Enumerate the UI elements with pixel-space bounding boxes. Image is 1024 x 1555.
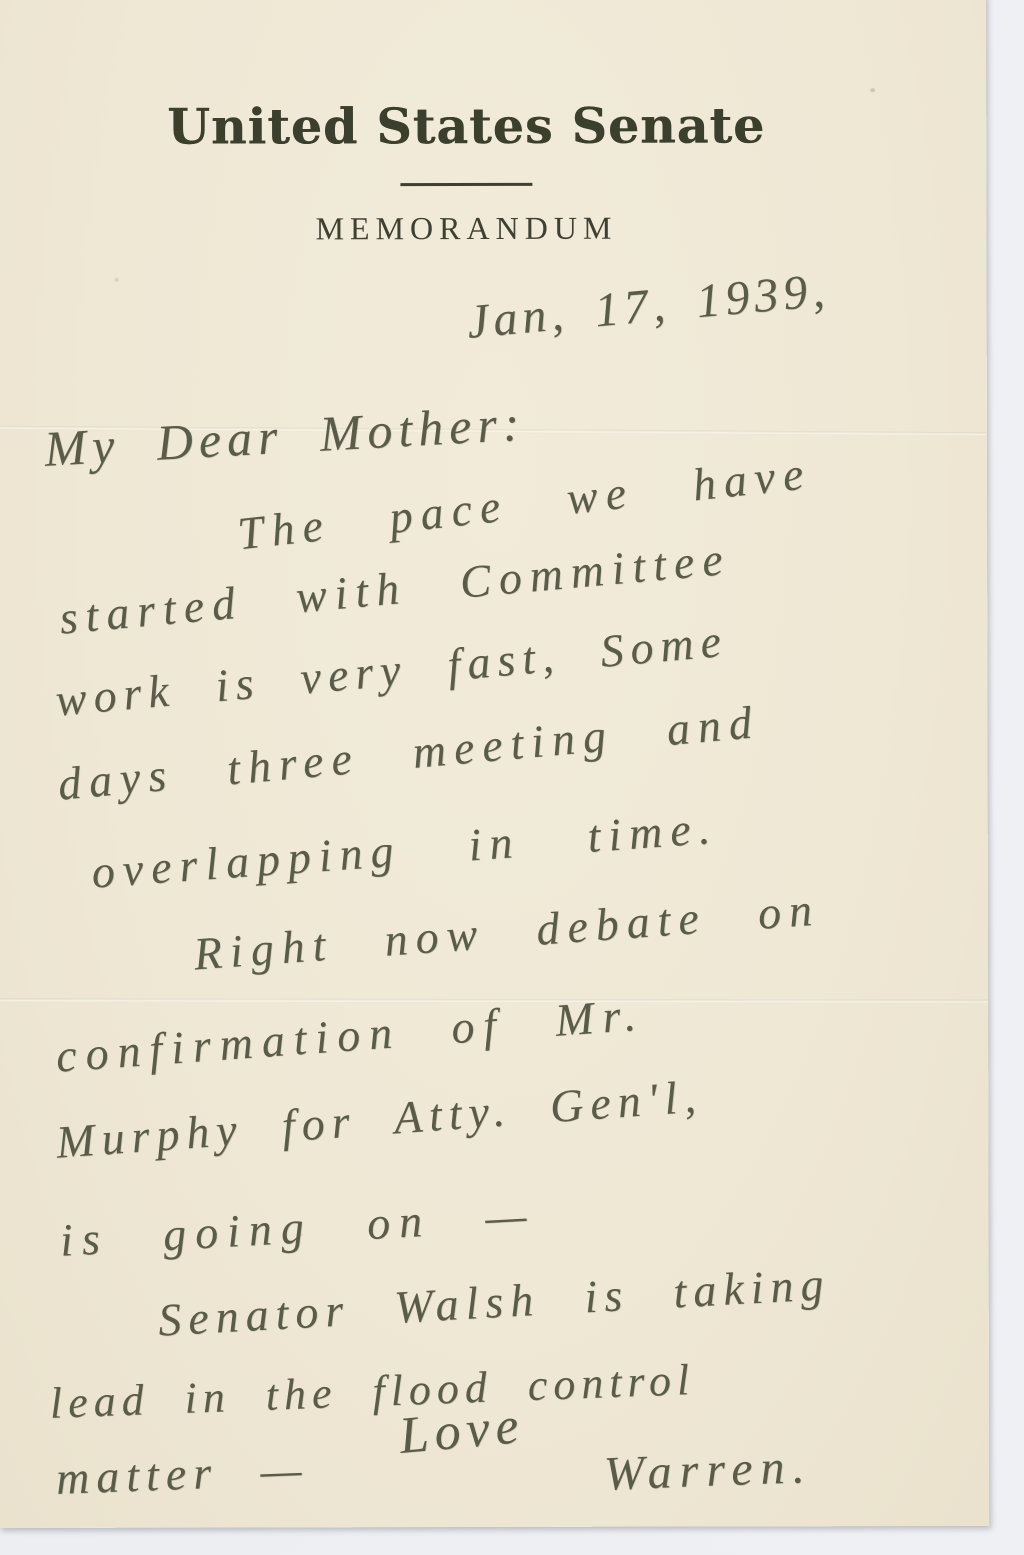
salutation-line: My Dear Mother: <box>43 394 527 478</box>
body-line: Right now debate on <box>192 883 822 981</box>
paper-speck <box>115 278 119 282</box>
letter-paper: United States Senate MEMORANDUM Jan, 17,… <box>0 0 989 1528</box>
letterhead-title: United States Senate <box>0 96 936 156</box>
letterhead: United States Senate MEMORANDUM <box>0 0 937 247</box>
scanned-letter: United States Senate MEMORANDUM Jan, 17,… <box>0 0 1024 1555</box>
body-line: matter — <box>55 1443 309 1505</box>
closing-line: Love <box>397 1396 527 1466</box>
date-line: Jan, 17, 1939, <box>465 263 832 350</box>
body-line: is going on — <box>59 1188 537 1267</box>
body-line: overlapping in time. <box>90 801 720 899</box>
letterhead-subtitle: MEMORANDUM <box>0 209 937 248</box>
signature: Warren. <box>603 1439 813 1502</box>
body-line: Murphy for Atty. Gen'l, <box>54 1069 704 1168</box>
body-line: lead in the flood control <box>49 1354 696 1429</box>
letterhead-divider <box>400 183 532 186</box>
body-line: Senator Walsh is taking <box>157 1257 832 1347</box>
